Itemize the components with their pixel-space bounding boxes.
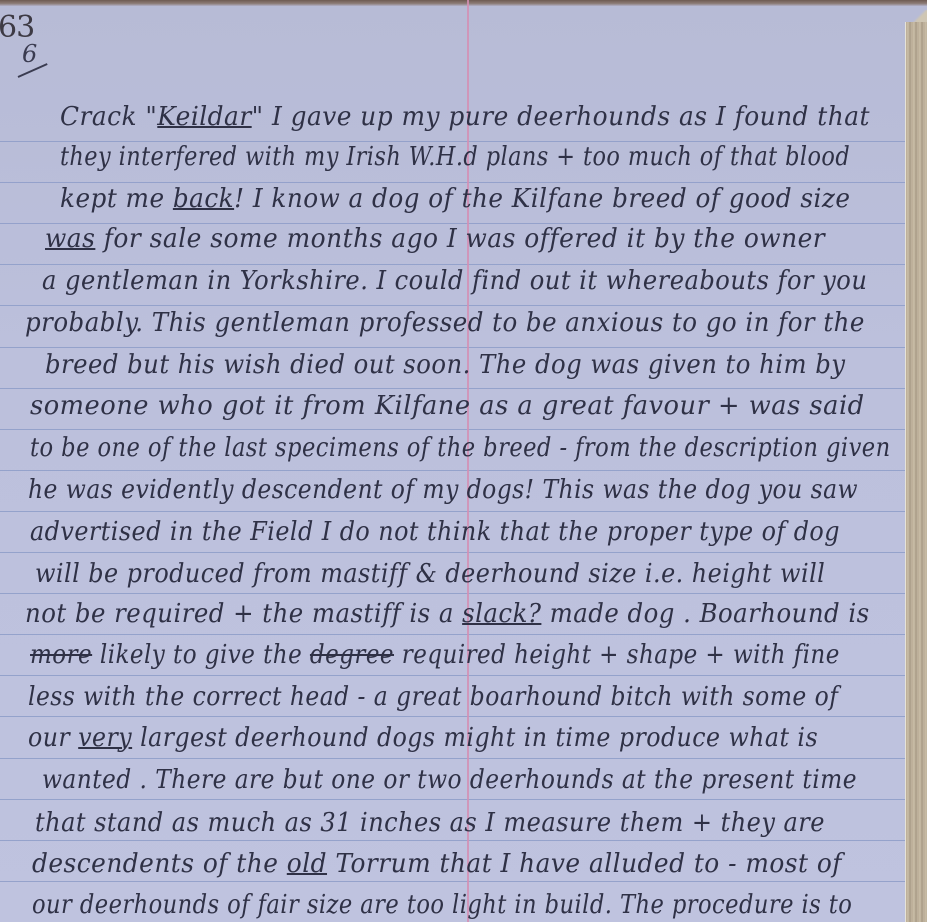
line-text: they interfered with my Irish W.H.d plan…: [60, 142, 850, 172]
underlined-word: back: [173, 184, 234, 214]
line-text: Torrum that I have alluded to - most of: [327, 849, 842, 879]
ruled-line: [0, 264, 905, 265]
handwritten-line: was for sale some months ago I was offer…: [45, 224, 825, 254]
ruled-line: [0, 593, 905, 594]
handwritten-line: they interfered with my Irish W.H.d plan…: [60, 142, 850, 172]
line-text: that stand as much as 31 inches as I mea…: [35, 808, 825, 838]
line-text: wanted . There are but one or two deerho…: [42, 765, 857, 795]
line-text: advertised in the Field I do not think t…: [30, 517, 840, 547]
ruled-line: [0, 881, 905, 882]
handwritten-line: someone who got it from Kilfane as a gre…: [30, 391, 865, 421]
underlined-word: slack?: [462, 599, 541, 629]
handwritten-line: Crack "Keildar" I gave up my pure deerho…: [60, 102, 870, 132]
handwritten-line: will be produced from mastiff & deerhoun…: [35, 559, 825, 589]
handwritten-line: kept me back! I know a dog of the Kilfan…: [60, 184, 850, 214]
line-text: breed but his wish died out soon. The do…: [45, 350, 846, 380]
struck-word: degree: [310, 640, 394, 670]
line-text: required height + shape + with fine: [394, 640, 840, 670]
line-text: not be required + the mastiff is a: [25, 599, 462, 629]
handwritten-line: to be one of the last specimens of the b…: [30, 433, 891, 463]
handwritten-line: probably. This gentleman professed to be…: [25, 308, 865, 338]
handwritten-line: more likely to give the degree required …: [30, 640, 840, 670]
line-text: largest deerhound dogs might in time pro…: [132, 723, 818, 753]
line-text: someone who got it from Kilfane as a gre…: [30, 391, 865, 421]
ruled-line: [0, 758, 905, 759]
notebook-page: 63 6 Crack "Keildar" I gave up my pure d…: [0, 0, 927, 922]
line-text: a gentleman in Yorkshire. I could find o…: [42, 266, 867, 296]
line-text: kept me: [60, 184, 173, 214]
handwritten-line: breed but his wish died out soon. The do…: [45, 350, 846, 380]
handwritten-line: less with the correct head - a great boa…: [28, 682, 838, 712]
ruled-line: [0, 511, 905, 512]
handwritten-line: not be required + the mastiff is a slack…: [25, 599, 870, 629]
line-text: probably. This gentleman professed to be…: [25, 308, 865, 338]
ruled-line: [0, 182, 905, 183]
page-sub-mark: 6: [22, 40, 37, 68]
handwritten-line: our deerhounds of fair size are too ligh…: [32, 890, 852, 920]
line-text: our deerhounds of fair size are too ligh…: [32, 890, 852, 920]
ruled-line: [0, 840, 905, 841]
line-text: likely to give the: [92, 640, 310, 670]
ruled-line: [0, 470, 905, 471]
handwritten-line: that stand as much as 31 inches as I mea…: [35, 808, 825, 838]
handwritten-line: a gentleman in Yorkshire. I could find o…: [42, 266, 867, 296]
ruled-line: [0, 675, 905, 676]
line-text: our: [28, 723, 78, 753]
page-top-edge: [0, 0, 927, 6]
underlined-word: was: [45, 224, 95, 254]
line-text: he was evidently descendent of my dogs! …: [28, 475, 858, 505]
handwritten-line: wanted . There are but one or two deerho…: [42, 765, 857, 795]
ruled-line: [0, 347, 905, 348]
underlined-word: very: [78, 723, 132, 753]
handwritten-line: he was evidently descendent of my dogs! …: [28, 475, 858, 505]
handwritten-line: our very largest deerhound dogs might in…: [28, 723, 818, 753]
ruled-line: [0, 716, 905, 717]
ruled-line: [0, 429, 905, 430]
line-text: Crack ": [60, 102, 157, 132]
ruled-line: [0, 305, 905, 306]
line-text: for sale some months ago I was offered i…: [95, 224, 825, 254]
line-text: to be one of the last specimens of the b…: [30, 433, 891, 463]
underlined-word: old: [287, 849, 327, 879]
line-text: " I gave up my pure deerhounds as I foun…: [252, 102, 870, 132]
ruled-line: [0, 388, 905, 389]
ruled-line: [0, 634, 905, 635]
handwritten-line: descendents of the old Torrum that I hav…: [32, 849, 842, 879]
line-text: less with the correct head - a great boa…: [28, 682, 838, 712]
line-text: ! I know a dog of the Kilfane breed of g…: [234, 184, 850, 214]
struck-word: more: [30, 640, 92, 670]
ruled-line: [0, 799, 905, 800]
handwritten-line: advertised in the Field I do not think t…: [30, 517, 840, 547]
ruled-line: [0, 552, 905, 553]
line-text: descendents of the: [32, 849, 287, 879]
line-text: made dog . Boarhound is: [541, 599, 869, 629]
underlined-word: Keildar: [157, 102, 251, 132]
book-page-edges: [905, 22, 927, 922]
line-text: will be produced from mastiff & deerhoun…: [35, 559, 825, 589]
